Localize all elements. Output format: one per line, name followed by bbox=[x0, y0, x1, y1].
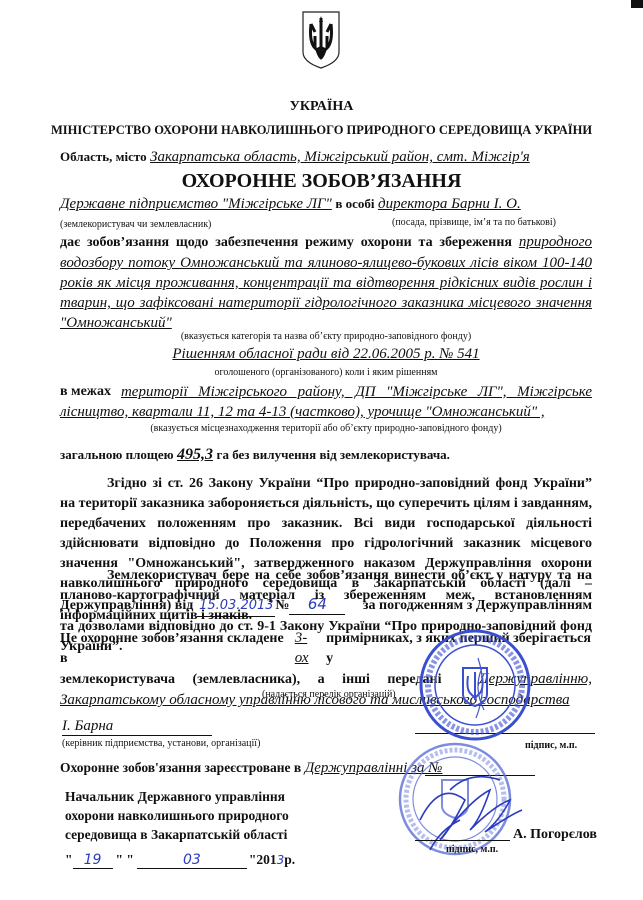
land-user-value: Державне підприємство "Міжгірське ЛГ" bbox=[60, 196, 332, 212]
area-suffix: га без вилучення від землекористувача. bbox=[217, 447, 450, 462]
quote-close-month: " bbox=[249, 852, 257, 868]
object-line-1: водозбору потоку Омножанський та ялиново… bbox=[60, 253, 592, 273]
area-value: 495,3 bbox=[177, 446, 213, 463]
in-person-label: в особі bbox=[335, 196, 374, 211]
registration-label: Охоронне зобов'язання зареєстроване в bbox=[60, 760, 301, 775]
object-line-0: природного bbox=[519, 234, 592, 250]
decision-hint: оголошеного (організованого) коли і яким… bbox=[60, 367, 592, 378]
paragraph-land-user: Землекористувач бере на себе зобов’язанн… bbox=[60, 566, 592, 626]
head-sign-hint: підпис, м.п. bbox=[446, 844, 498, 855]
recipients-hint: (надається перелік організацій) bbox=[262, 689, 396, 700]
copies-count: 3-ох bbox=[289, 628, 326, 668]
p1-line-3: здійснювати відповідно до Положення про … bbox=[60, 534, 592, 554]
bounds-value-1: лісництво, квартали 11, 12 та 4-13 (част… bbox=[60, 402, 592, 422]
head-name: А. Погорєлов bbox=[513, 827, 597, 843]
date-line: " 19 " " 03 " 201 3 р. bbox=[65, 852, 295, 869]
head-signature-line bbox=[415, 840, 510, 841]
country-name: УКРАЇНА bbox=[0, 99, 643, 115]
representative-hint: (посада, прізвище, ім’я та по батькові) bbox=[392, 217, 556, 228]
year-digit: 3 bbox=[277, 853, 285, 867]
object-line-4: "Омножанський" bbox=[60, 313, 592, 333]
trident-emblem-icon bbox=[301, 10, 341, 70]
decision-value: Рішенням обласної ради від 22.06.2005 р.… bbox=[60, 346, 592, 363]
p2-line-0: Землекористувач бере на себе зобов’язанн… bbox=[60, 566, 592, 586]
head-title-line-0: Начальник Державного управління bbox=[65, 787, 289, 806]
p1-line-2: передбачених положенням про заказник. Вс… bbox=[60, 514, 592, 534]
ministry-name: МІНІСТЕРСТВО ОХОРОНИ НАВКОЛИШНЬОГО ПРИРО… bbox=[0, 123, 643, 138]
year-prefix: 201 bbox=[256, 852, 276, 868]
region-value: Закарпатська область, Міжгірський район,… bbox=[150, 149, 530, 165]
region-line: Область, місто Закарпатська область, Між… bbox=[60, 147, 530, 168]
bounds-block: в межах території Міжгірського району, Д… bbox=[60, 382, 592, 422]
party-line: Державне підприємство "Міжгірське ЛГ" в … bbox=[60, 194, 592, 215]
day-value: 19 bbox=[73, 852, 113, 869]
obligation-block: дає зобов’язання щодо забезпечення режим… bbox=[60, 232, 592, 333]
user-signature-name: І. Барна bbox=[62, 718, 212, 736]
p2-line-1: планово-картографічний матеріал із збере… bbox=[60, 586, 592, 606]
head-title-block: Начальник Державного управління охорони … bbox=[65, 787, 289, 844]
region-label: Область, місто bbox=[60, 149, 147, 164]
quote-close-day: " " bbox=[116, 852, 134, 868]
copies-line2-left: землекористувача (землевласника), а інші… bbox=[60, 670, 441, 690]
user-signature-hint: (керівник підприємства, установи, органі… bbox=[62, 738, 260, 749]
obligation-lead-line: дає зобов’язання щодо забезпечення режим… bbox=[60, 232, 592, 253]
object-line-3: тварин, що зафіксовані натериторії гідро… bbox=[60, 293, 592, 313]
land-user-hint: (землекористувач чи землевласник) bbox=[60, 219, 211, 230]
p1-line-0: Згідно зі ст. 26 Закону України “Про при… bbox=[60, 474, 592, 494]
registration-line: Охоронне зобов'язання зареєстроване в Де… bbox=[60, 758, 442, 779]
representative-value: директора Барни І. О. bbox=[378, 196, 521, 212]
object-line-2: років як місця проживання, концентрації … bbox=[60, 273, 592, 293]
area-prefix: загальною площею bbox=[60, 447, 174, 462]
bounds-label: в межах bbox=[60, 382, 111, 402]
bounds-value-0: території Міжгірського району, ДП "Міжгі… bbox=[121, 382, 592, 402]
head-title-line-1: охорони навколишнього природного bbox=[65, 806, 289, 825]
area-line: загальною площею 495,3 га без вилучення … bbox=[60, 445, 450, 466]
object-hint: (вказується категорія та назва об’єкту п… bbox=[60, 331, 592, 342]
bounds-hint: (вказується місцезнаходження території а… bbox=[60, 423, 592, 434]
forestry-stamp-icon bbox=[418, 628, 533, 743]
obligation-lead: дає зобов’язання щодо забезпечення режим… bbox=[60, 235, 512, 250]
scan-corner-mark bbox=[631, 0, 643, 8]
p1-line-1: на території заказника забороняється дія… bbox=[60, 494, 592, 514]
document-title: ОХОРОННЕ ЗОБОВ’ЯЗАННЯ bbox=[0, 170, 643, 193]
month-value: 03 bbox=[137, 852, 247, 869]
head-title-line-2: середовища в Закарпатській області bbox=[65, 825, 289, 844]
copies-prefix: Це охоронне зобов’язання складене в bbox=[60, 629, 287, 669]
quote-open-day: " bbox=[65, 852, 73, 868]
bounds-line-0: в межах території Міжгірського району, Д… bbox=[60, 382, 592, 402]
p2-line-2: інформаційних щитів і знаків. bbox=[60, 606, 592, 626]
year-suffix: р. bbox=[284, 852, 295, 868]
